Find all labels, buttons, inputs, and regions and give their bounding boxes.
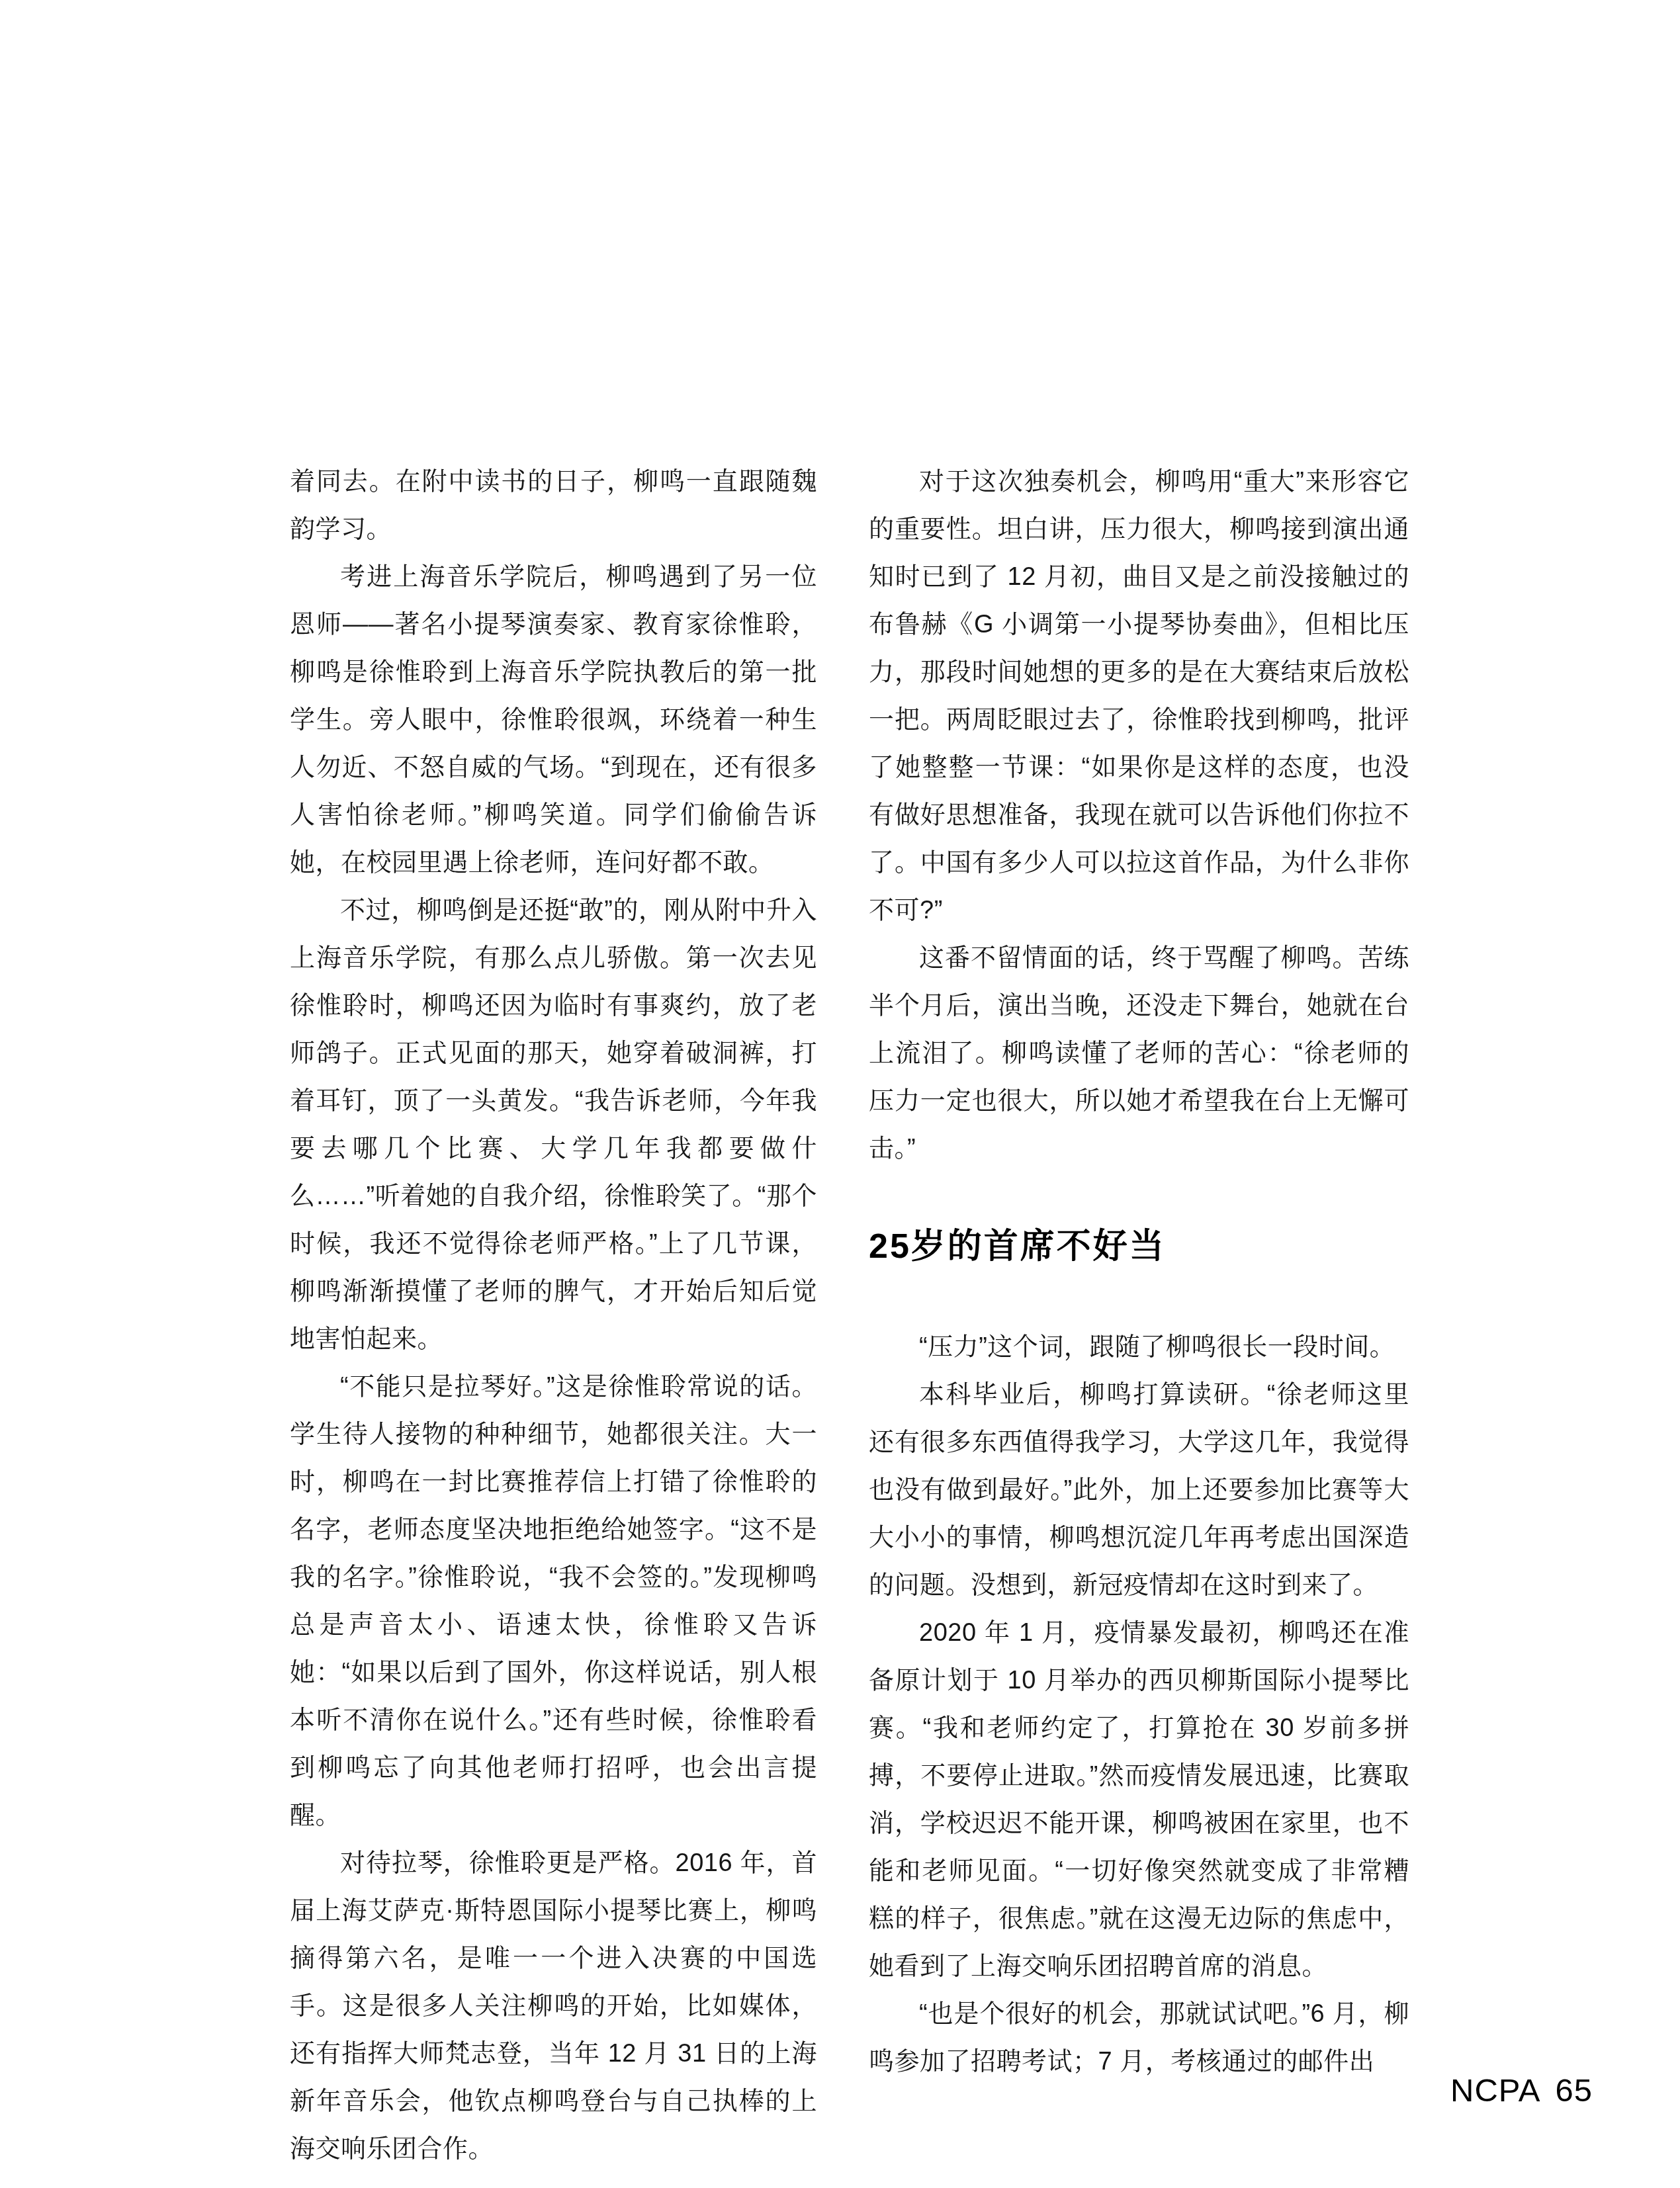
paragraph: “也是个很好的机会，那就试试吧。”6 月，柳鸣参加了招聘考试；7 月，考核通过的…	[869, 1990, 1409, 2085]
left-column: 着同去。在附中读书的日子，柳鸣一直跟随魏韵学习。 考进上海音乐学院后，柳鸣遇到了…	[290, 458, 817, 2173]
magazine-page: 着同去。在附中读书的日子，柳鸣一直跟随魏韵学习。 考进上海音乐学院后，柳鸣遇到了…	[0, 0, 1680, 2188]
page-footer: NCPA65	[1450, 2072, 1593, 2109]
paragraph: 这番不留情面的话，终于骂醒了柳鸣。苦练半个月后，演出当晚，还没走下舞台，她就在台…	[869, 934, 1409, 1172]
paragraph: 考进上海音乐学院后，柳鸣遇到了另一位恩师——著名小提琴演奏家、教育家徐惟聆，柳鸣…	[290, 553, 817, 887]
paragraph: 2020 年 1 月，疫情暴发最初，柳鸣还在准备原计划于 10 月举办的西贝柳斯…	[869, 1609, 1409, 1990]
section-heading: 25岁的首席不好当	[869, 1228, 1409, 1265]
paragraph: “压力”这个词，跟随了柳鸣很长一段时间。	[869, 1323, 1409, 1371]
paragraph: 不过，柳鸣倒是还挺“敢”的，刚从附中升入上海音乐学院，有那么点儿骄傲。第一次去见…	[290, 887, 817, 1363]
paragraph: 本科毕业后，柳鸣打算读研。“徐老师这里还有很多东西值得我学习，大学这几年，我觉得…	[869, 1371, 1409, 1609]
paragraph: 对于这次独奏机会，柳鸣用“重大”来形容它的重要性。坦白讲，压力很大，柳鸣接到演出…	[869, 458, 1409, 934]
paragraph: 着同去。在附中读书的日子，柳鸣一直跟随魏韵学习。	[290, 458, 817, 553]
right-column: 对于这次独奏机会，柳鸣用“重大”来形容它的重要性。坦白讲，压力很大，柳鸣接到演出…	[869, 458, 1409, 2085]
magazine-name: NCPA	[1450, 2073, 1541, 2109]
paragraph: “不能只是拉琴好。”这是徐惟聆常说的话。学生待人接物的种种细节，她都很关注。大一…	[290, 1363, 817, 1839]
paragraph: 对待拉琴，徐惟聆更是严格。2016 年，首届上海艾萨克·斯特恩国际小提琴比赛上，…	[290, 1839, 817, 2173]
page-number: 65	[1556, 2073, 1593, 2109]
